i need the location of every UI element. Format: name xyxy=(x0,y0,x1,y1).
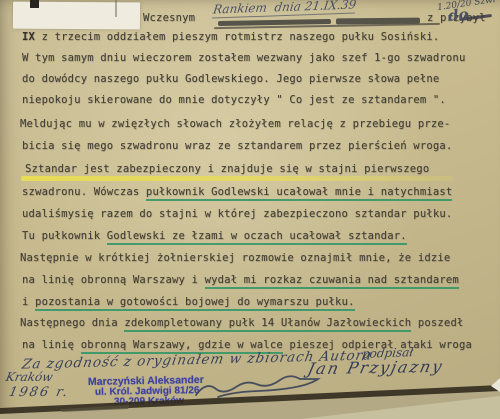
paper-edge-graphic xyxy=(0,0,500,419)
scanned-document: Wczesnym z przybył IX z trzecim oddziałe… xyxy=(0,0,500,419)
